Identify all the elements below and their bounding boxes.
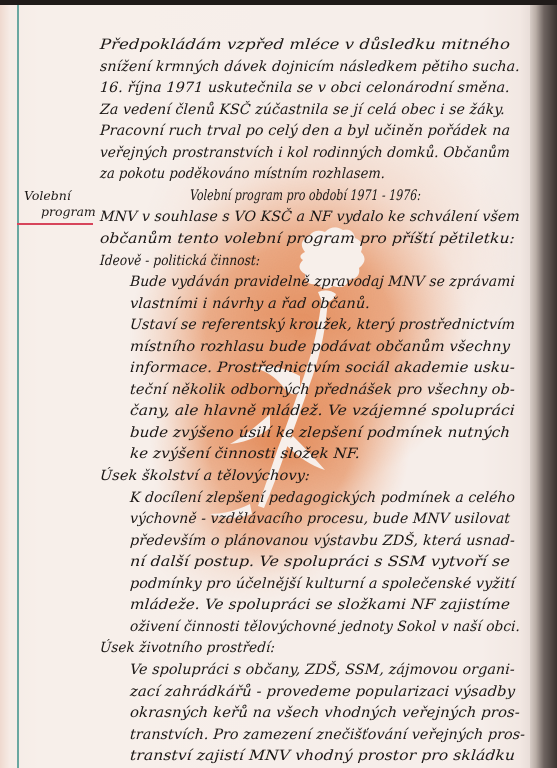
text-line: Za vedení členů KSČ zúčastnila se jí cel…	[99, 102, 505, 118]
text-line: snížení krmných dávek dojnicím následkem…	[99, 59, 520, 75]
text-line: výchovně - vzdělávacího procesu, bude MN…	[129, 511, 510, 527]
text-line: především o plánovanou výstavbu ZDŠ, kte…	[129, 533, 515, 549]
margin-rule	[17, 4, 19, 768]
text-line: čany, ale hlavně mládež. Ve vzájemné spo…	[129, 403, 515, 419]
text-line: Bude vydáván pravidelně zpravodaj MNV se…	[129, 274, 515, 290]
text-line: vlastními i návrhy a řad občanů.	[129, 296, 370, 312]
text-line: transtvích. Pro zamezení znečišťování ve…	[129, 727, 525, 743]
margin-note-line2: program	[24, 204, 96, 220]
margin-note-line1: Volební	[24, 188, 96, 204]
text-line: zací zahrádkářů - provedeme popularizaci…	[129, 684, 515, 700]
text-line: MNV v souhlase s VO KSČ a NF vydalo ke s…	[99, 209, 520, 225]
book-spine-edge	[530, 0, 557, 768]
text-line: místního rozhlasu bude podávat občanům v…	[129, 339, 510, 355]
text-line: Volební program pro období 1971 - 1976:	[190, 188, 422, 204]
text-line: 16. října 1971 uskutečnila se v obci cel…	[99, 80, 510, 96]
text-line: tranství zajistí MNV vhodný prostor pro …	[129, 748, 515, 764]
text-line: Pracovní ruch trval po celý den a byl uč…	[99, 123, 510, 139]
text-line: podmínky pro účelnější kulturní a společ…	[129, 576, 515, 592]
chronicle-page: Volební program Předpokládám vzpřed mléc…	[0, 4, 530, 768]
text-line: Úsek životního prostředí:	[99, 640, 275, 656]
text-line: Ideově - politická činnost:	[100, 253, 261, 269]
text-line: teční několik odborných přednášek pro vš…	[129, 382, 515, 398]
margin-note: Volební program	[24, 188, 96, 220]
text-line: K docílení zlepšení pedagogických podmín…	[129, 490, 515, 506]
text-line: oživení činnosti tělovýchovné jednoty So…	[129, 619, 520, 635]
text-line: informace. Prostřednictvím sociál akadem…	[129, 360, 515, 376]
text-line: bude zvýšeno úsilí ke zlepšení podmínek …	[129, 425, 510, 441]
text-line: Ve spolupráci s občany, ZDŠ, SSM, zájmov…	[129, 662, 515, 678]
text-line: ke zvýšení činnosti složek NF.	[129, 446, 360, 462]
text-line: za pokotu poděkováno místním rozhlasem.	[99, 166, 385, 182]
margin-note-underline	[17, 223, 93, 225]
text-line: okrasných keřů na všech vhodných veřejný…	[129, 705, 520, 721]
text-line: mládeže. Ve spolupráci se složkami NF za…	[129, 597, 510, 613]
text-line: Ustaví se referentský kroužek, který pro…	[129, 317, 515, 333]
text-line: ní další postup. Ve spolupráci s SSM vyt…	[129, 554, 510, 570]
text-line: Předpokládám vzpřed mléce v důsledku mit…	[99, 37, 510, 53]
text-line: občanům tento volební program pro příští…	[99, 231, 515, 247]
scan-top-edge	[0, 0, 557, 5]
text-line: Úsek školství a tělovýchovy:	[99, 468, 310, 484]
text-line: veřejných prostranstvích i kol rodinných…	[99, 145, 510, 161]
